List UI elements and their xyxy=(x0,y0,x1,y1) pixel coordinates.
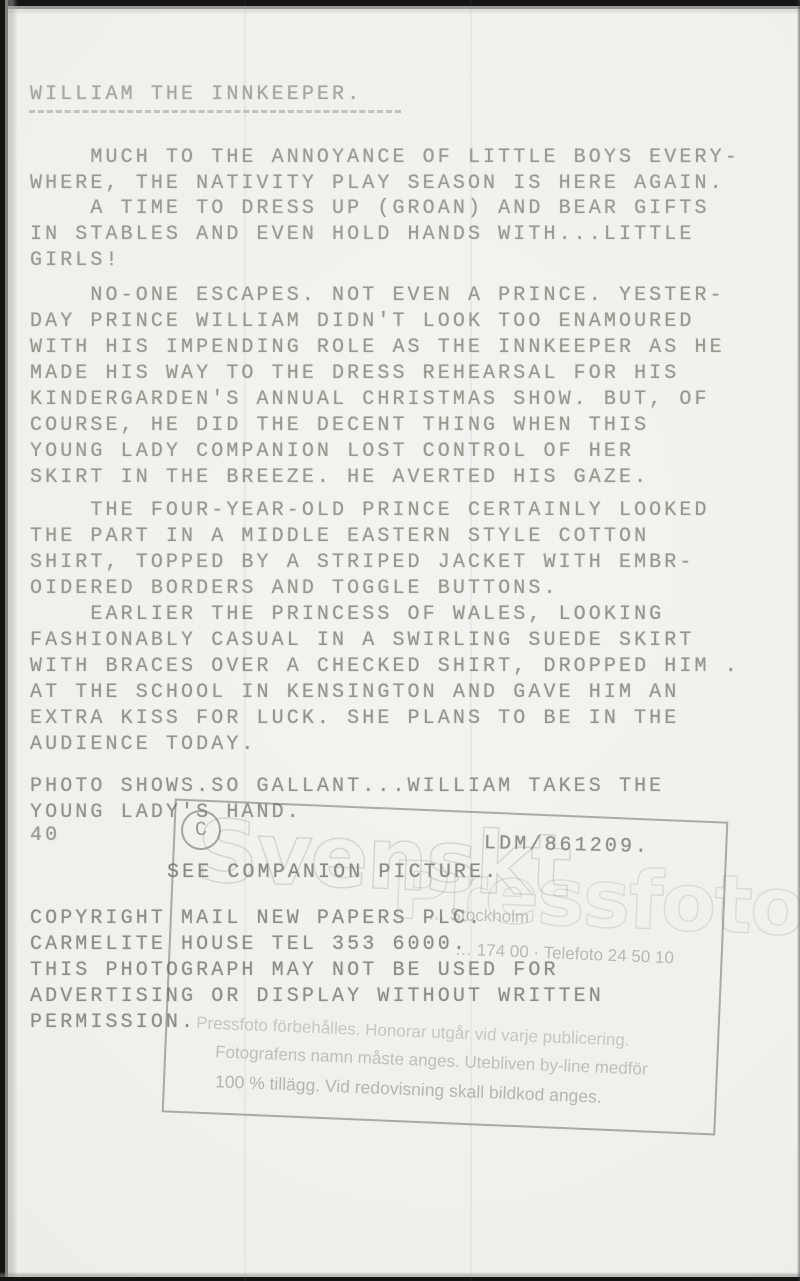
text-line: MADE HIS WAY TO THE DRESS REHEARSAL FOR … xyxy=(30,361,725,387)
text-line: NO-ONE ESCAPES. NOT EVEN A PRINCE. YESTE… xyxy=(30,283,725,309)
text-line: YOUNG LADY COMPANION LOST CONTROL OF HER xyxy=(30,439,725,465)
text-line: OIDERED BORDERS AND TOGGLE BUTTONS. xyxy=(30,576,710,602)
paragraph: A TIME TO DRESS UP (GROAN) AND BEAR GIFT… xyxy=(30,196,710,274)
paragraph: NO-ONE ESCAPES. NOT EVEN A PRINCE. YESTE… xyxy=(30,283,725,491)
text-line: THE PART IN A MIDDLE EASTERN STYLE COTTO… xyxy=(30,524,710,550)
paragraph: THE FOUR-YEAR-OLD PRINCE CERTAINLY LOOKE… xyxy=(30,498,710,602)
text-line: EXTRA KISS FOR LUCK. SHE PLANS TO BE IN … xyxy=(30,706,740,732)
text-line: MUCH TO THE ANNOYANCE OF LITTLE BOYS EVE… xyxy=(30,145,740,171)
text-line: EARLIER THE PRINCESS OF WALES, LOOKING xyxy=(30,602,740,628)
stamp-watermark: Pressfoto xyxy=(389,844,800,954)
text-line: 40 xyxy=(30,823,60,849)
paragraph: EARLIER THE PRINCESS OF WALES, LOOKING F… xyxy=(30,602,740,758)
scan-edge-left xyxy=(0,0,18,1281)
document-title-text: WILLIAM THE INNKEEPER. xyxy=(30,82,362,108)
text-line: COURSE, HE DID THE DECENT THING WHEN THI… xyxy=(30,413,725,439)
document-title: WILLIAM THE INNKEEPER. xyxy=(30,82,362,108)
text-line: A TIME TO DRESS UP (GROAN) AND BEAR GIFT… xyxy=(30,196,710,222)
text-line: SKIRT IN THE BREEZE. HE AVERTED HIS GAZE… xyxy=(30,465,725,491)
text-line: AUDIENCE TODAY. xyxy=(30,732,740,758)
text-line: SHIRT, TOPPED BY A STRIPED JACKET WITH E… xyxy=(30,550,710,576)
text-line: IN STABLES AND EVEN HOLD HANDS WITH...LI… xyxy=(30,222,710,248)
text-line: WHERE, THE NATIVITY PLAY SEASON IS HERE … xyxy=(30,171,740,197)
text-line: GIRLS! xyxy=(30,248,710,274)
text-line: WITH BRACES OVER A CHECKED SHIRT, DROPPE… xyxy=(30,654,740,680)
scan-edge-bottom xyxy=(0,1272,800,1281)
text-line: THE FOUR-YEAR-OLD PRINCE CERTAINLY LOOKE… xyxy=(30,498,710,524)
text-line: WITH HIS IMPENDING ROLE AS THE INNKEEPER… xyxy=(30,335,725,361)
text-line: DAY PRINCE WILLIAM DIDN'T LOOK TOO ENAMO… xyxy=(30,309,725,335)
stamp-address-line: … Stockholm xyxy=(428,904,530,928)
copyright-letter: C xyxy=(194,818,208,842)
text-line: KINDERGARDEN'S ANNUAL CHRISTMAS SHOW. BU… xyxy=(30,387,725,413)
title-underline xyxy=(29,110,401,113)
photo-number: 40 xyxy=(30,823,60,849)
paragraph: MUCH TO THE ANNOYANCE OF LITTLE BOYS EVE… xyxy=(30,145,740,197)
text-line: FASHIONABLY CASUAL IN A SWIRLING SUEDE S… xyxy=(30,628,740,654)
text-line: PHOTO SHOWS.SO GALLANT...WILLIAM TAKES T… xyxy=(30,774,664,800)
text-line: AT THE SCHOOL IN KENSINGTON AND GAVE HIM… xyxy=(30,680,740,706)
scan-edge-top xyxy=(0,0,800,14)
